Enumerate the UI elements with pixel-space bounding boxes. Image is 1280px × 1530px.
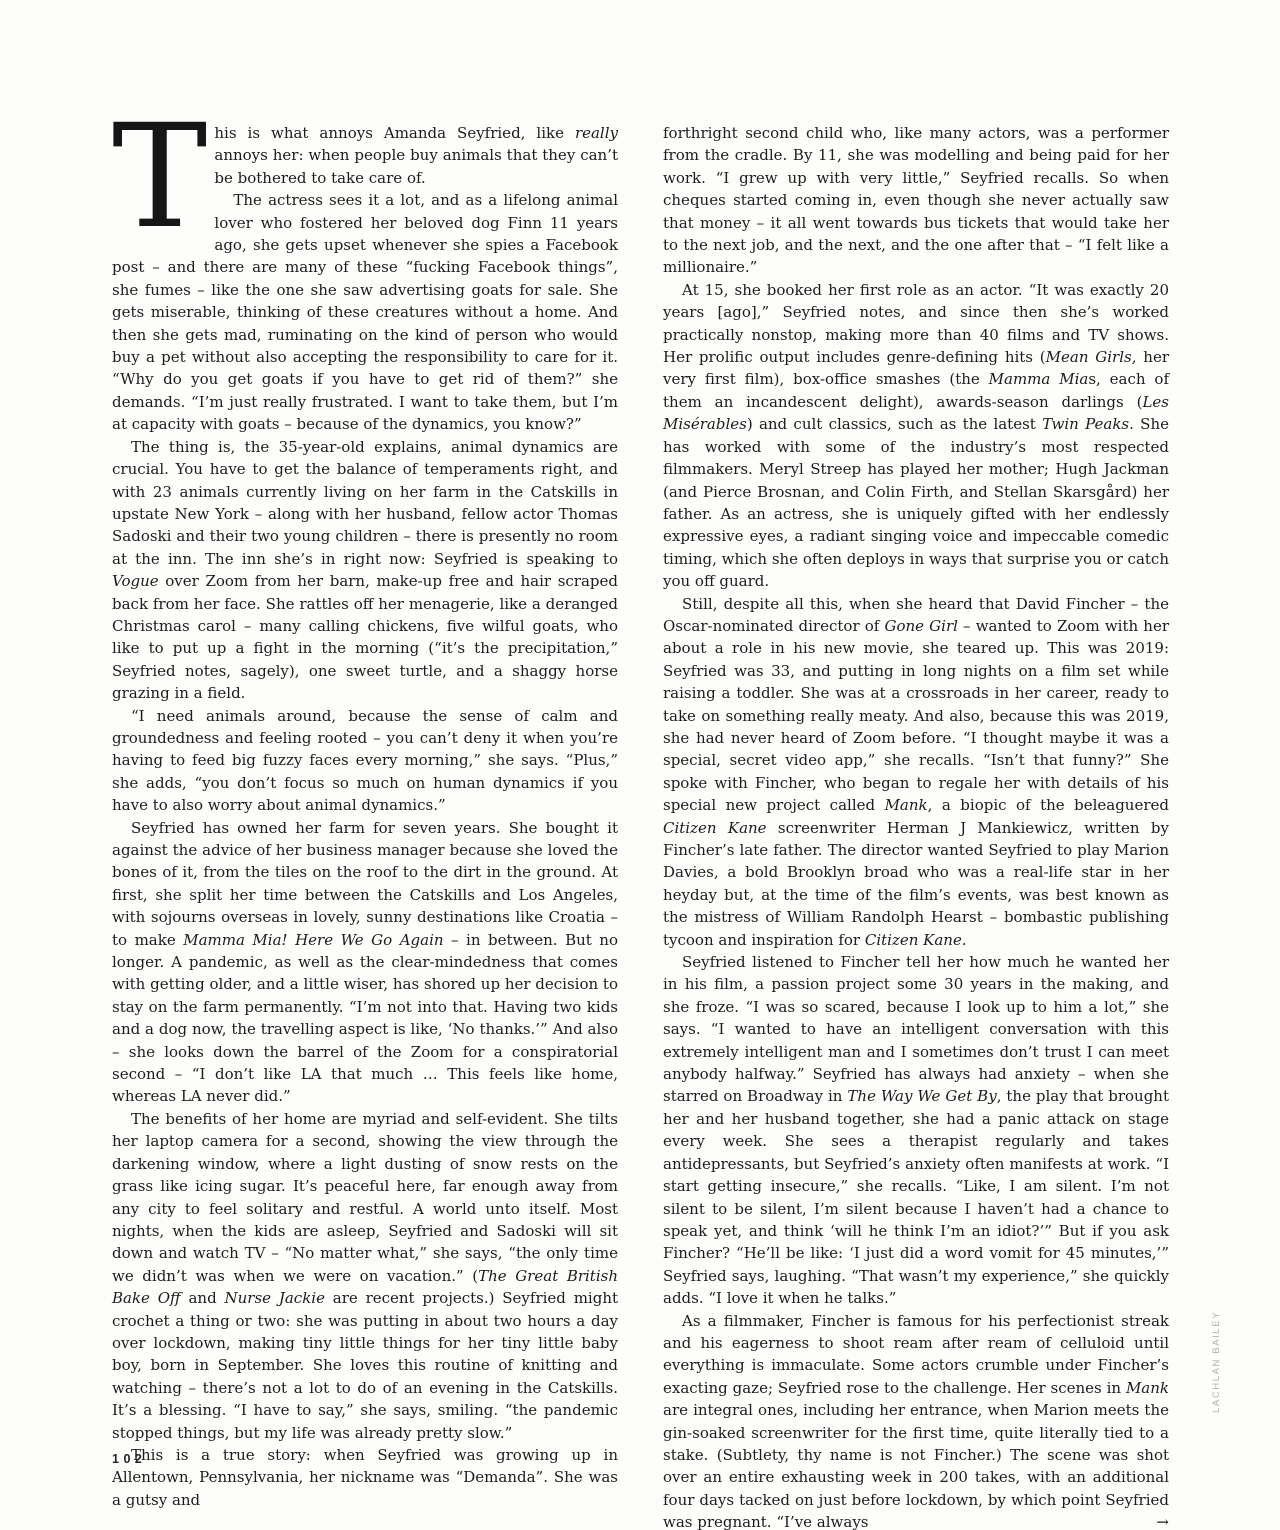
paragraph: forthright second child who, like many a…: [663, 122, 1169, 279]
article-column-left: This is what annoys Amanda Seyfried, lik…: [112, 122, 618, 1511]
article-column-right: forthright second child who, like many a…: [663, 122, 1169, 1530]
continuation-arrow-icon: →: [1137, 1511, 1169, 1530]
paragraph: “I need animals around, because the sens…: [112, 705, 618, 817]
italic-title: Mank: [1126, 1379, 1169, 1397]
paragraph: This is what annoys Amanda Seyfried, lik…: [112, 122, 618, 189]
photographer-credit: LACHLAN BAILEY: [1211, 1311, 1222, 1413]
page-number: 102: [112, 1452, 146, 1466]
paragraph: At 15, she booked her first role as an a…: [663, 279, 1169, 593]
italic-title: Mamma Mia: [989, 370, 1089, 388]
paragraph: As a filmmaker, Fincher is famous for hi…: [663, 1310, 1169, 1530]
italic-title: The Way We Get By: [847, 1087, 996, 1105]
paragraph: Still, despite all this, when she heard …: [663, 593, 1169, 952]
paragraph: Seyfried listened to Fincher tell her ho…: [663, 951, 1169, 1310]
italic-title: Citizen Kane: [865, 931, 962, 949]
italic-title: Twin Peaks: [1042, 415, 1129, 433]
paragraph: The thing is, the 35-year-old explains, …: [112, 436, 618, 705]
paragraph: The benefits of her home are myriad and …: [112, 1108, 618, 1444]
magazine-page: This is what annoys Amanda Seyfried, lik…: [0, 0, 1280, 1530]
italic-title: Vogue: [112, 572, 159, 590]
italic-title: Mamma Mia! Here We Go Again: [183, 931, 443, 949]
paragraph: The actress sees it a lot, and as a life…: [112, 189, 618, 435]
italic-title: The Great British Bake Off: [112, 1267, 618, 1307]
italic-title: Mean Girls: [1046, 348, 1132, 366]
paragraph: This is a true story: when Seyfried was …: [112, 1444, 618, 1511]
paragraph: Seyfried has owned her farm for seven ye…: [112, 817, 618, 1108]
italic-title: Gone Girl: [884, 617, 957, 635]
italic-title: really: [575, 124, 618, 142]
italic-title: Citizen Kane: [663, 819, 767, 837]
italic-title: Nurse Jackie: [225, 1289, 325, 1307]
italic-title: Mank: [885, 796, 928, 814]
